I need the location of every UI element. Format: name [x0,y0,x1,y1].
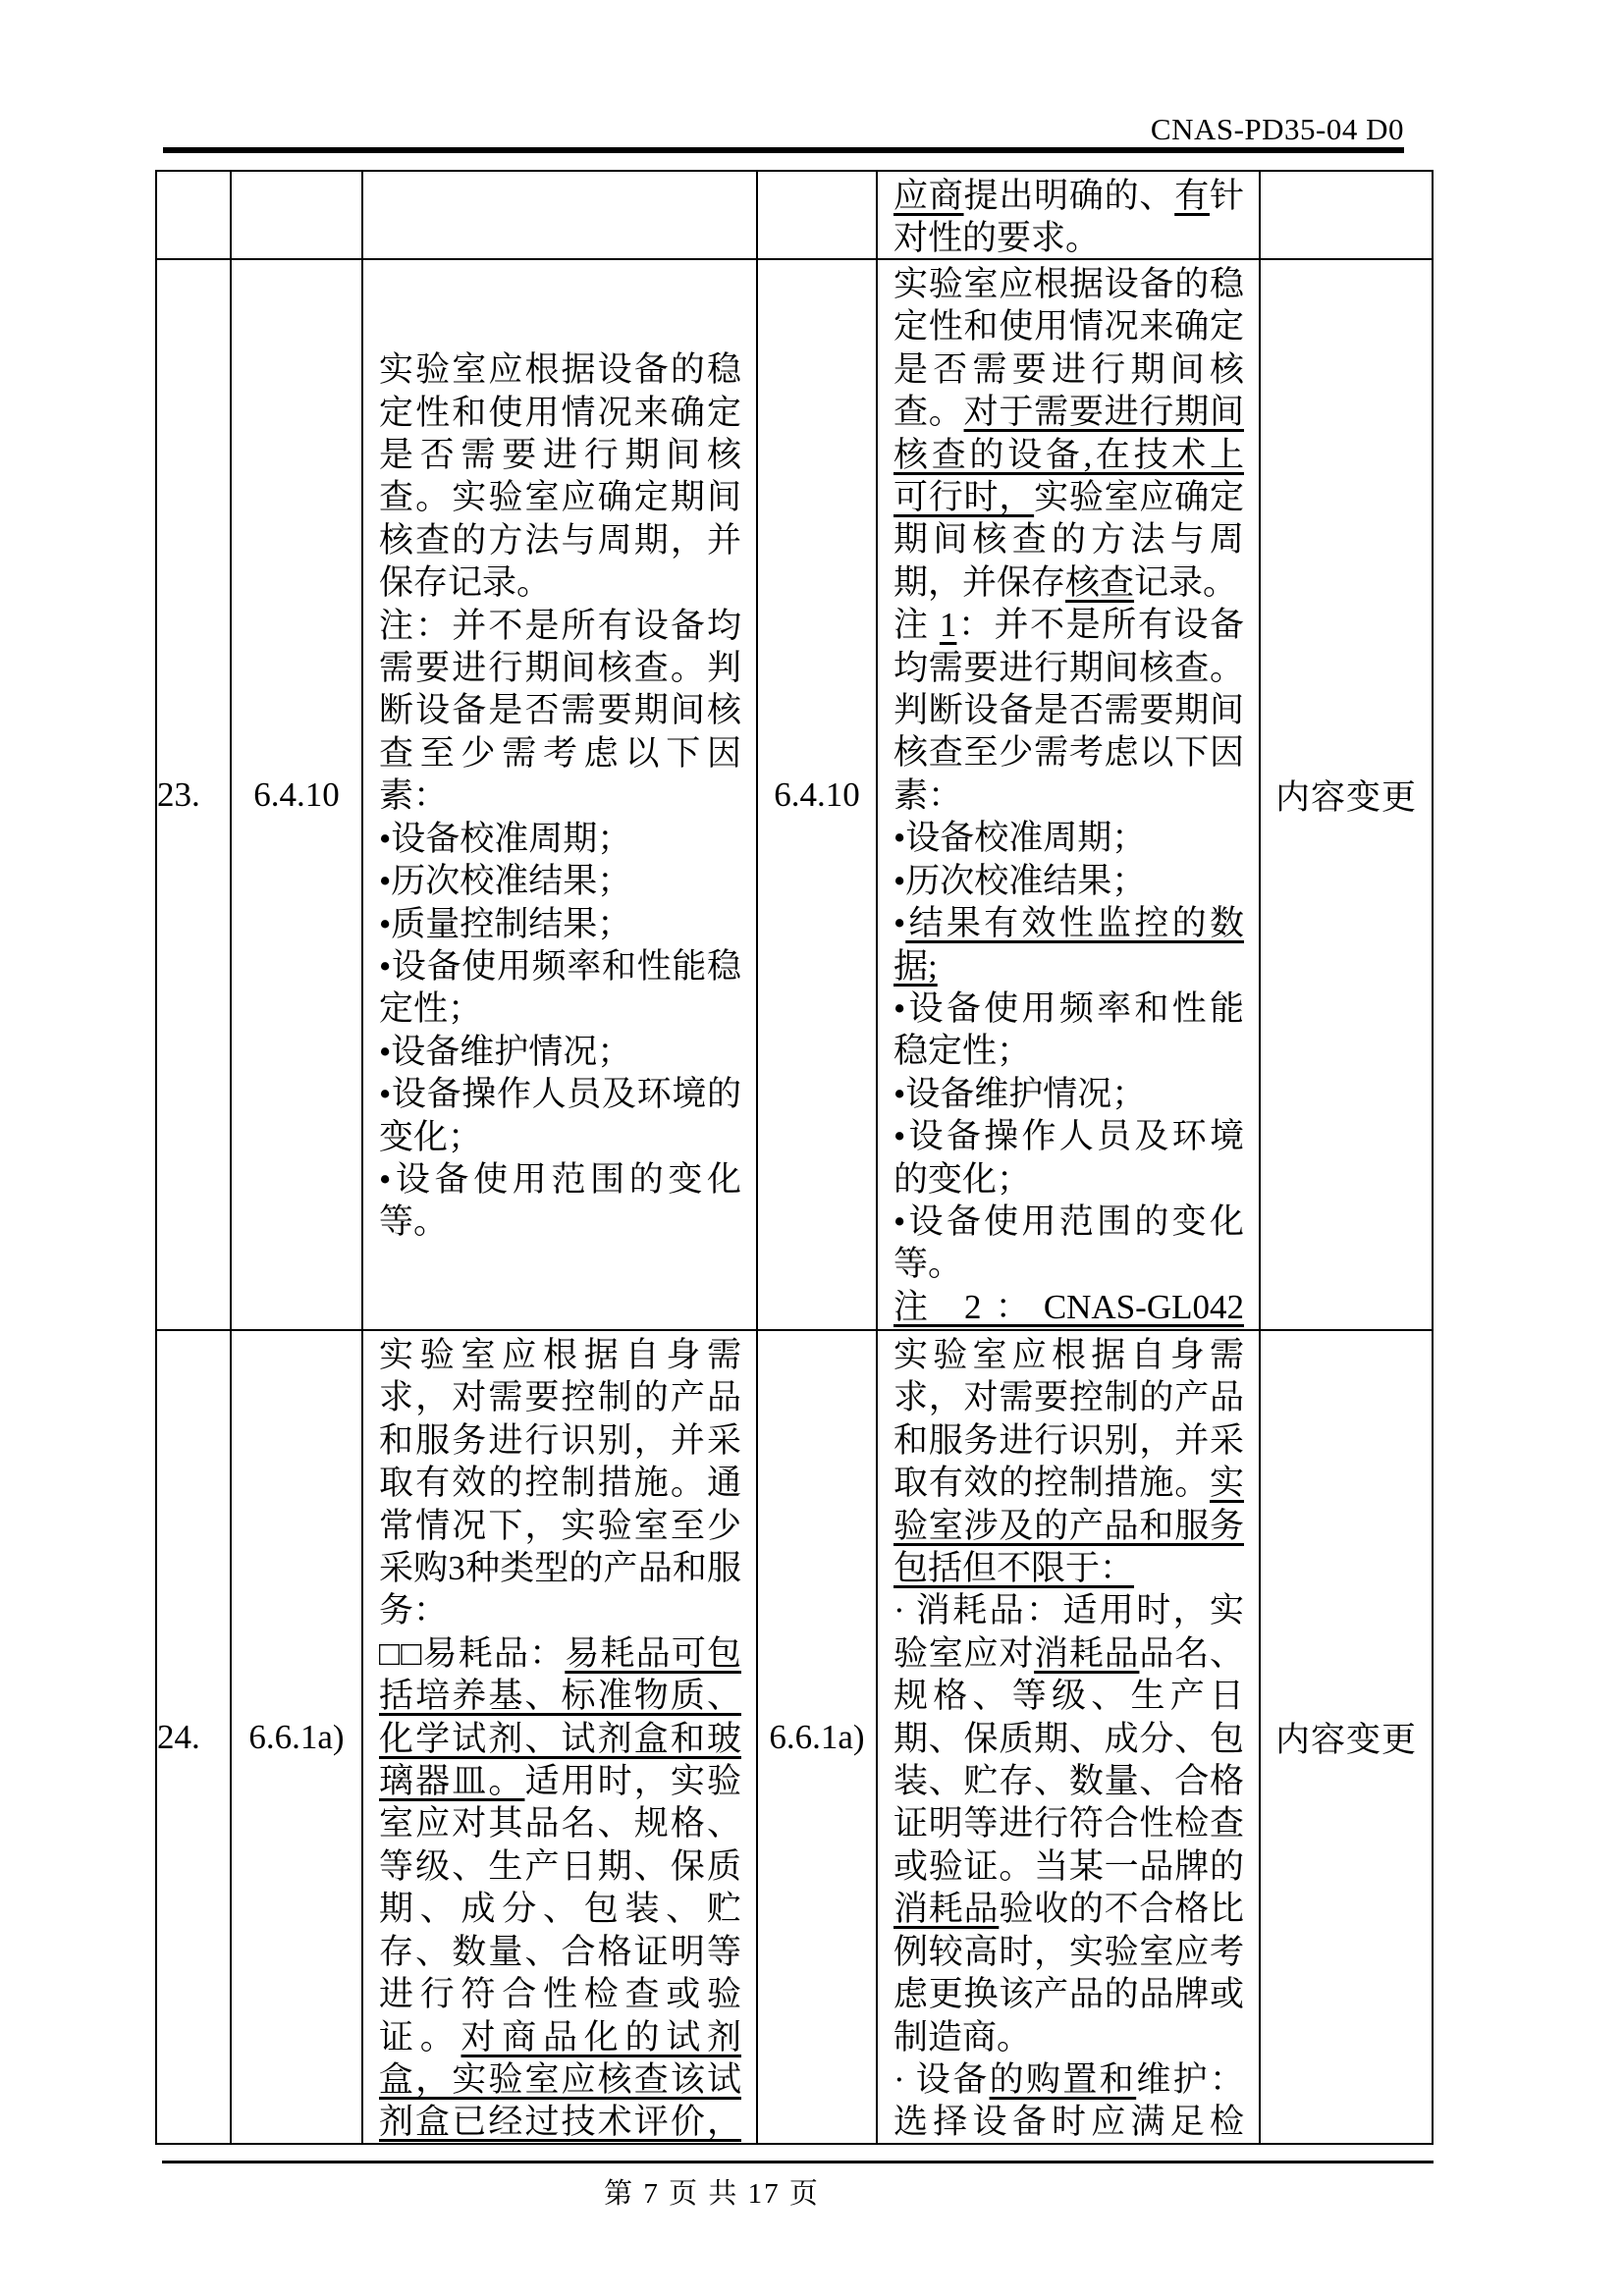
paragraph: •设备操作人员及环境的变化； [893,1115,1244,1201]
paragraph: 实验室应根据设备的稳定性和使用情况来确定是否需要进行期间核查。对于需要进行期间核… [893,263,1244,604]
new-text-cell: 实验室应根据设备的稳定性和使用情况来确定是否需要进行期间核查。对于需要进行期间核… [877,259,1260,1330]
paragraph: •设备使用频率和性能稳定性； [379,945,741,1031]
table-row-continued: 应商提出明确的、有针对性的要求。 [156,171,1433,259]
paragraph: •历次校准结果； [893,860,1244,902]
paragraph: · 设备的购置和维护：选择设备时应满足检测、校准或抽样方法以及 [893,2058,1244,2143]
new-text-cell: 应商提出明确的、有针对性的要求。 [877,171,1260,259]
paragraph: •设备维护情况； [379,1031,741,1073]
new-text-cell: 实验室应根据自身需求，对需要控制的产品和服务进行识别，并采取有效的控制措施。实验… [877,1330,1260,2144]
old-clause-cell: 6.6.1a) [231,1330,362,2144]
paragraph: •设备使用范围的变化等。 [893,1201,1244,1286]
paragraph: •结果有效性监控的数据; [893,902,1244,988]
paragraph: •设备维护情况； [893,1073,1244,1115]
old-clause-cell: 6.4.10 [231,259,362,1330]
old-text-content: 实验室应根据设备的稳定性和使用情况来确定是否需要进行期间核查。实验室应确定期间核… [363,260,756,1329]
paragraph: □□易耗品：易耗品可包括培养基、标准物质、化学试剂、试剂盒和玻璃器皿。适用时，实… [379,1632,741,2143]
paragraph: 注 1：并不是所有设备均需要进行期间核查。判断设备是否需要期间核查至少需考虑以下… [893,604,1244,817]
change-comparison-table: 应商提出明确的、有针对性的要求。 23. 6.4.10 实验室应根据设备的稳定性… [155,170,1434,2145]
old-text-content [363,172,756,258]
old-clause-cell [231,171,362,259]
paragraph: 实验室应根据自身需求，对需要控制的产品和服务进行识别，并采取有效的控制措施。实验… [893,1334,1244,1589]
row-number-cell [156,171,231,259]
paragraph: 实验室应根据自身需求，对需要控制的产品和服务进行识别，并采取有效的控制措施。通常… [379,1334,741,1632]
row-number-cell: 24. [156,1330,231,2144]
old-text-cell: 实验室应根据自身需求，对需要控制的产品和服务进行识别，并采取有效的控制措施。通常… [362,1330,757,2144]
new-text-content: 实验室应根据设备的稳定性和使用情况来确定是否需要进行期间核查。对于需要进行期间核… [878,260,1259,1329]
old-text-content: 实验室应根据自身需求，对需要控制的产品和服务进行识别，并采取有效的控制措施。通常… [363,1331,756,2143]
paragraph: •设备操作人员及环境的变化； [379,1073,741,1158]
paragraph: 应商提出明确的、有针对性的要求。 [893,175,1244,258]
paragraph: 实验室应根据设备的稳定性和使用情况来确定是否需要进行期间核查。实验室应确定期间核… [379,348,741,604]
paragraph: 注：并不是所有设备均需要进行期间核查。判断设备是否需要期间核查至少需考虑以下因素… [379,605,741,818]
new-text-content: 实验室应根据自身需求，对需要控制的产品和服务进行识别，并采取有效的控制措施。实验… [878,1331,1259,2143]
paragraph: •设备使用频率和性能稳定性； [893,988,1244,1073]
change-type-cell: 内容变更 [1260,259,1433,1330]
paragraph: · 消耗品：适用时，实验室应对消耗品品名、规格、等级、生产日期、保质期、成分、包… [893,1589,1244,2057]
change-type-cell [1260,171,1433,259]
table-row-24: 24. 6.6.1a) 实验室应根据自身需求，对需要控制的产品和服务进行识别，并… [156,1330,1433,2144]
old-text-cell: 实验室应根据设备的稳定性和使用情况来确定是否需要进行期间核查。实验室应确定期间核… [362,259,757,1330]
table-row-23: 23. 6.4.10 实验室应根据设备的稳定性和使用情况来确定是否需要进行期间核… [156,259,1433,1330]
header-document-code: CNAS-PD35-04 D0 [0,112,1404,147]
paragraph: 注 2：CNAS-GL042《测量设备期间核查的方法指南》为测量设备期间核查的方… [893,1286,1244,1329]
new-clause-cell: 6.4.10 [757,259,877,1330]
paragraph: •设备校准周期； [379,818,741,860]
paragraph: •设备校准周期； [893,817,1244,859]
footer-page-number: 第 7 页 共 17 页 [157,2171,1267,2212]
paragraph: •质量控制结果； [379,903,741,945]
paragraph: •历次校准结果； [379,860,741,902]
old-text-cell [362,171,757,259]
footer-rule [162,2161,1434,2163]
new-clause-cell: 6.6.1a) [757,1330,877,2144]
document-page: CNAS-PD35-04 D0 应商提出明确的、有针对性的要求。 23. 6. [0,0,1624,2296]
new-clause-cell [757,171,877,259]
header-rule [163,147,1404,153]
paragraph: •设备使用范围的变化等。 [379,1158,741,1244]
new-text-content: 应商提出明确的、有针对性的要求。 [878,172,1259,258]
change-type-cell: 内容变更 [1260,1330,1433,2144]
row-number-cell: 23. [156,259,231,1330]
